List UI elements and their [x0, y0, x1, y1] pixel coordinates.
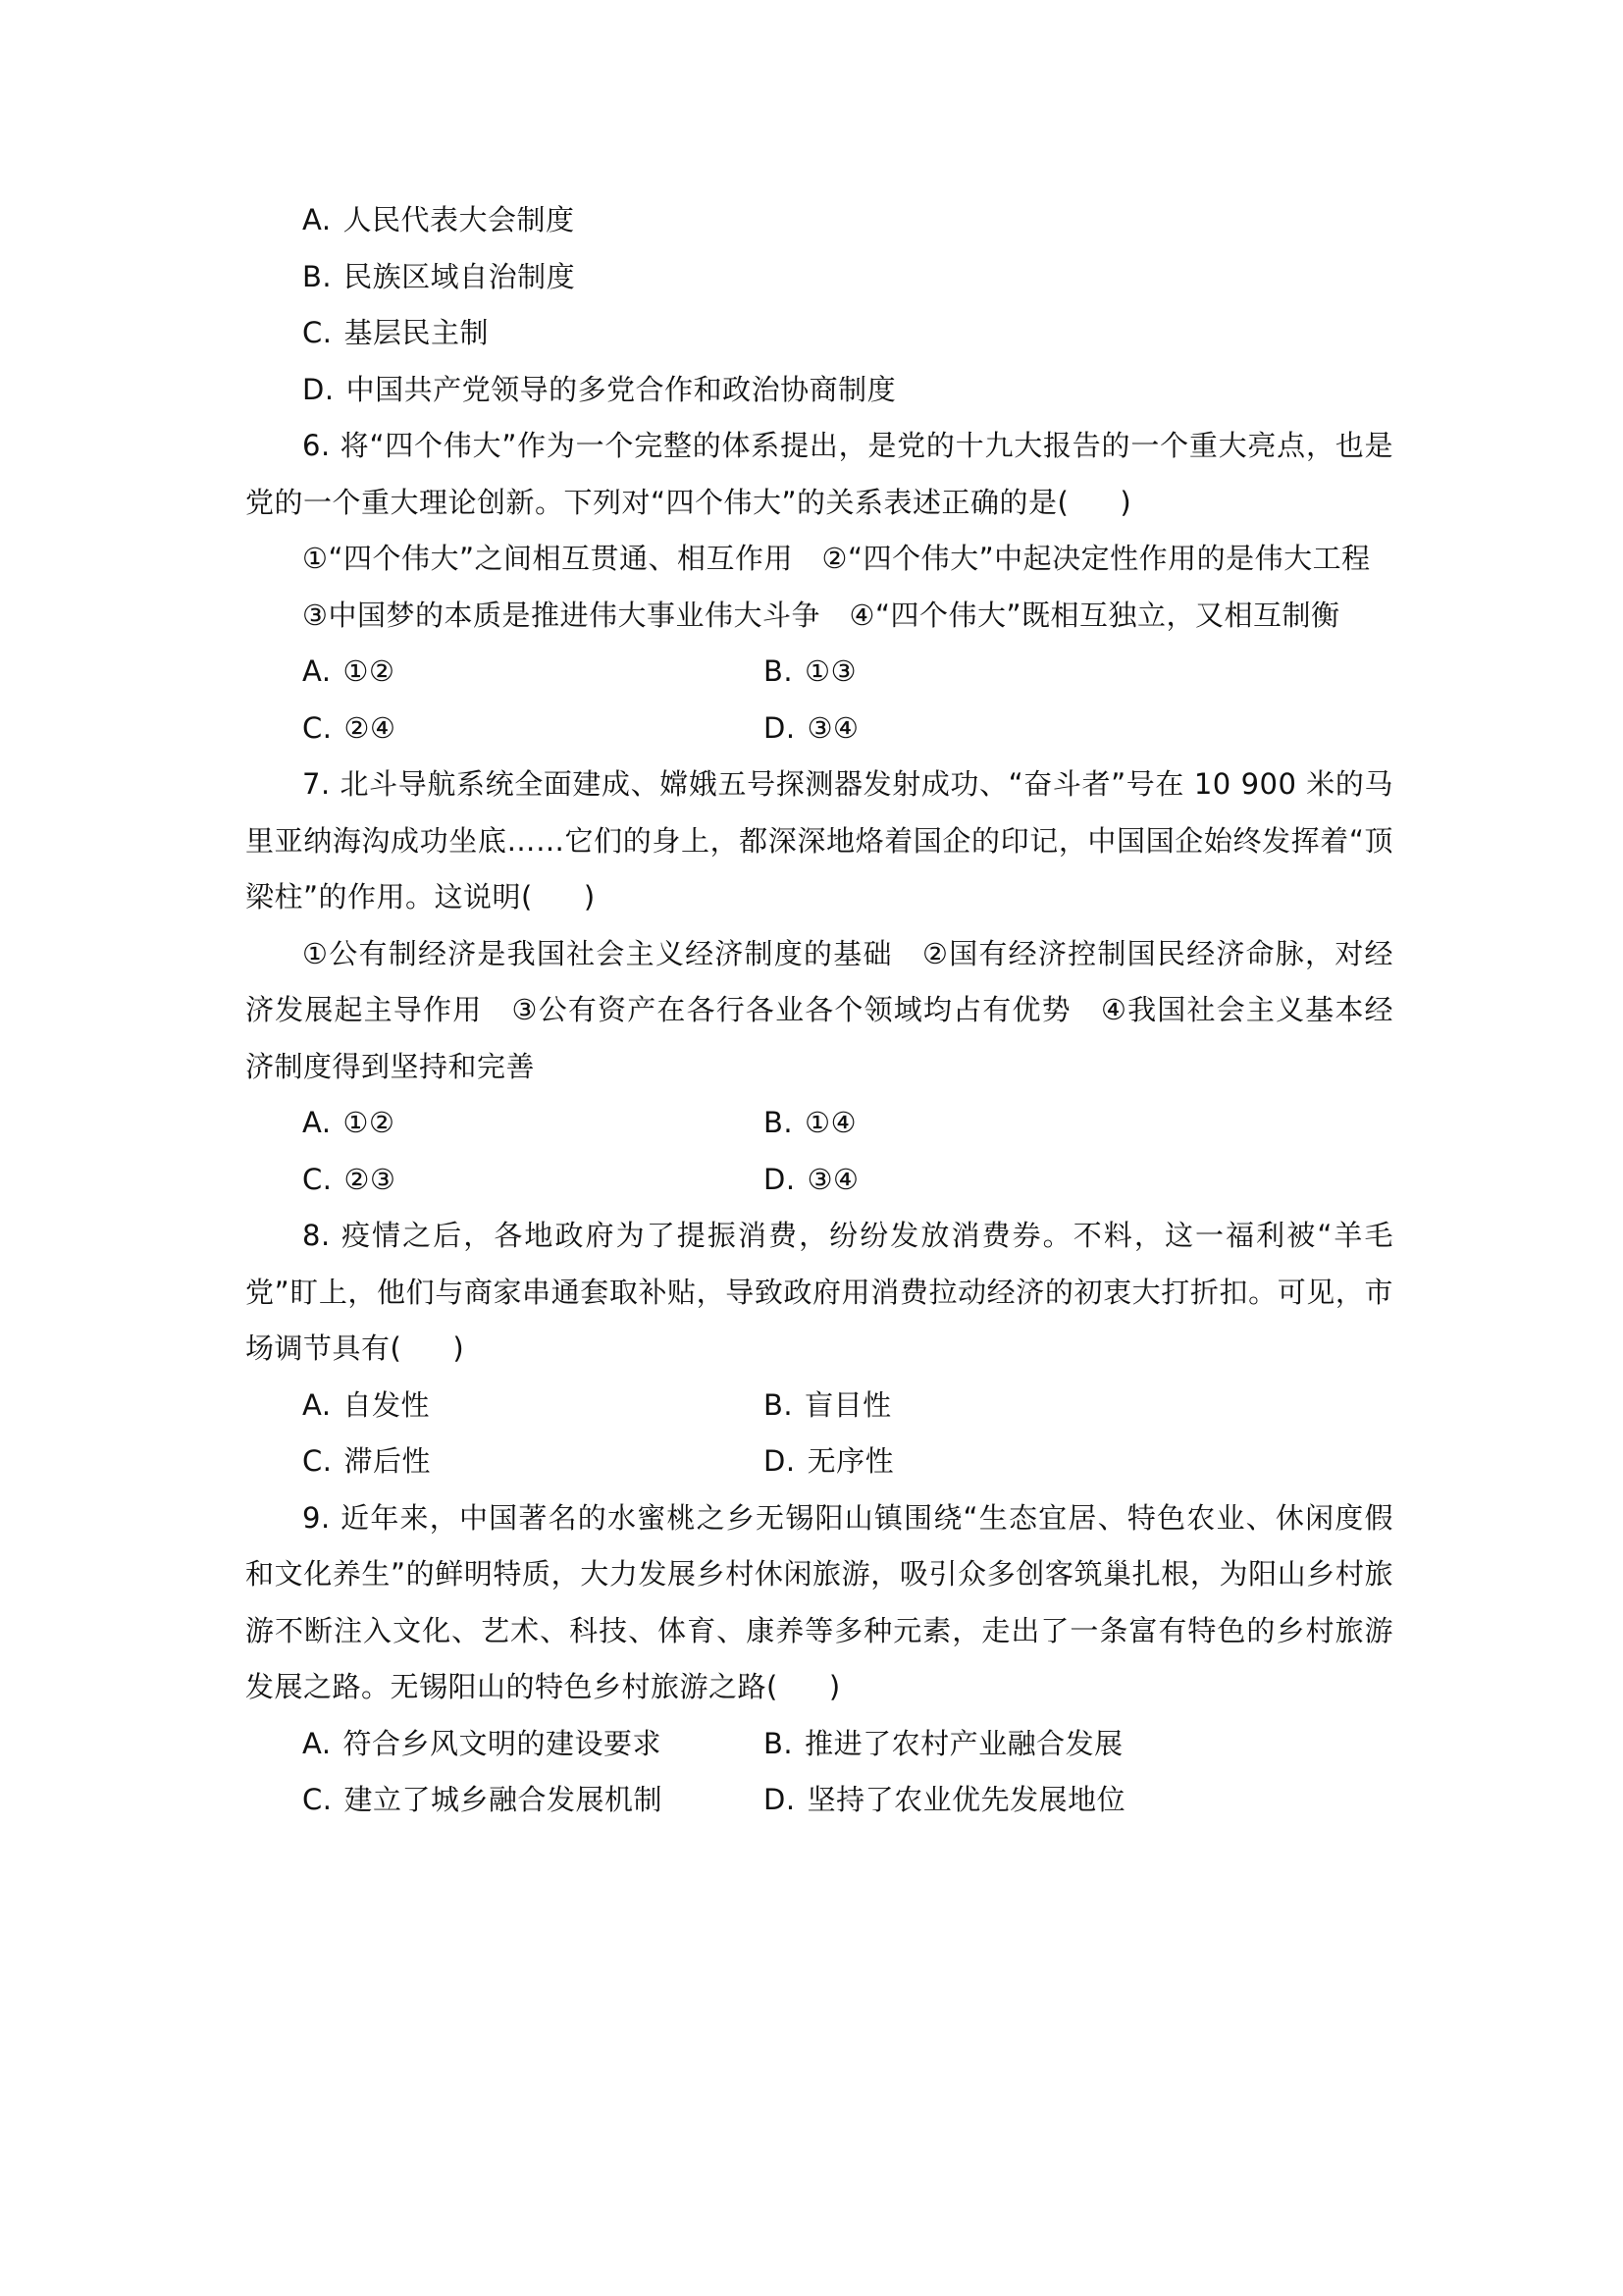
option-letter: D. — [763, 1444, 796, 1478]
question-stem: 7. 北斗导航系统全面建成、嫦娥五号探测器发射成功、“奋斗者”号在 10 900… — [245, 757, 1393, 926]
option-letter: D. — [763, 1163, 796, 1196]
stem-end: ) — [1120, 486, 1131, 519]
option-text: 建立了城乡融合发展机制 — [343, 1783, 662, 1816]
option-b: B.推进了农村产业融合发展 — [763, 1716, 1124, 1773]
statements-2: ③中国梦的本质是推进伟大事业伟大斗争 ④“四个伟大”既相互独立，又相互制衡 — [245, 588, 1393, 645]
options-row-1: A.自发性 B.盲目性 — [245, 1378, 1393, 1435]
option-text: 推进了农村产业融合发展 — [805, 1727, 1124, 1760]
option-a: A.自发性 — [302, 1378, 763, 1435]
question-9: 9. 近年来，中国著名的水蜜桃之乡无锡阳山镇围绕“生态宜居、特色农业、休闲度假和… — [245, 1490, 1393, 1829]
question-7: 7. 北斗导航系统全面建成、嫦娥五号探测器发射成功、“奋斗者”号在 10 900… — [245, 757, 1393, 1208]
option-a: A.符合乡风文明的建设要求 — [302, 1716, 763, 1773]
option-c: C.基层民主制 — [245, 305, 1393, 362]
stem-end: ) — [829, 1670, 841, 1703]
option-letter: A. — [302, 1727, 332, 1760]
option-text: 滞后性 — [343, 1444, 431, 1478]
question-text: 将“四个伟大”作为一个完整的体系提出，是党的十九大报告的一个重大亮点，也是党的一… — [245, 429, 1393, 519]
question-8: 8. 疫情之后，各地政府为了提振消费，纷纷发放消费券。不料，这一福利被“羊毛党”… — [245, 1208, 1393, 1490]
option-letter: A. — [302, 1388, 332, 1422]
question-5-options: A.人民代表大会制度 B.民族区域自治制度 C.基层民主制 D.中国共产党领导的… — [245, 192, 1393, 418]
question-6: 6. 将“四个伟大”作为一个完整的体系提出，是党的十九大报告的一个重大亮点，也是… — [245, 418, 1393, 757]
option-text: ③④ — [808, 711, 860, 745]
option-text: 坚持了农业优先发展地位 — [808, 1783, 1126, 1816]
option-text: 中国共产党领导的多党合作和政治协商制度 — [346, 373, 897, 406]
option-d: D.坚持了农业优先发展地位 — [763, 1772, 1126, 1829]
exam-page: A.人民代表大会制度 B.民族区域自治制度 C.基层民主制 D.中国共产党领导的… — [0, 0, 1623, 2296]
option-b: B.①③ — [763, 644, 857, 701]
options-row-2: C.②③ D.③④ — [245, 1152, 1393, 1209]
stem-end: ) — [452, 1331, 464, 1365]
option-letter: A. — [302, 203, 332, 236]
option-text: 基层民主制 — [343, 316, 489, 349]
option-letter: B. — [302, 260, 332, 293]
options-row-1: A.符合乡风文明的建设要求 B.推进了农村产业融合发展 — [245, 1716, 1393, 1773]
option-letter: D. — [302, 373, 335, 406]
option-letter: C. — [302, 711, 332, 745]
options-row-2: C.滞后性 D.无序性 — [245, 1434, 1393, 1490]
option-b: B.①④ — [763, 1095, 857, 1152]
exam-content: A.人民代表大会制度 B.民族区域自治制度 C.基层民主制 D.中国共产党领导的… — [245, 192, 1393, 1829]
option-letter: D. — [763, 711, 796, 745]
option-letter: B. — [763, 654, 793, 688]
options-row-2: C.建立了城乡融合发展机制 D.坚持了农业优先发展地位 — [245, 1772, 1393, 1829]
option-text: ②④ — [343, 711, 395, 745]
question-text: 近年来，中国著名的水蜜桃之乡无锡阳山镇围绕“生态宜居、特色农业、休闲度假和文化养… — [245, 1501, 1393, 1704]
option-text: ③④ — [808, 1163, 860, 1196]
option-text: 自发性 — [343, 1388, 431, 1422]
question-number: 6. — [302, 429, 331, 462]
question-number: 8. — [302, 1219, 331, 1252]
statements-1: ①“四个伟大”之间相互贯通、相互作用 ②“四个伟大”中起决定性作用的是伟大工程 — [245, 531, 1393, 588]
question-stem: 9. 近年来，中国著名的水蜜桃之乡无锡阳山镇围绕“生态宜居、特色农业、休闲度假和… — [245, 1490, 1393, 1716]
option-c: C.滞后性 — [302, 1434, 763, 1490]
option-a: A.①② — [302, 644, 763, 701]
options-row-1: A.①② B.①③ — [245, 644, 1393, 701]
option-letter: C. — [302, 1444, 332, 1478]
option-d: D.③④ — [763, 701, 860, 757]
option-letter: A. — [302, 1106, 332, 1139]
statements: ①公有制经济是我国社会主义经济制度的基础 ②国有经济控制国民经济命脉，对经济发展… — [245, 926, 1393, 1096]
option-a: A.人民代表大会制度 — [245, 192, 1393, 249]
option-text: ①② — [343, 654, 395, 688]
question-stem: 8. 疫情之后，各地政府为了提振消费，纷纷发放消费券。不料，这一福利被“羊毛党”… — [245, 1208, 1393, 1378]
option-letter: C. — [302, 1163, 332, 1196]
option-letter: A. — [302, 654, 332, 688]
option-text: ①③ — [805, 654, 857, 688]
option-text: ①④ — [805, 1106, 857, 1139]
option-c: C.②④ — [302, 701, 763, 757]
question-number: 9. — [302, 1501, 331, 1535]
option-a: A.①② — [302, 1095, 763, 1152]
question-text: 疫情之后，各地政府为了提振消费，纷纷发放消费券。不料，这一福利被“羊毛党”盯上，… — [245, 1219, 1393, 1365]
options-row-1: A.①② B.①④ — [245, 1095, 1393, 1152]
option-text: 无序性 — [808, 1444, 895, 1478]
option-text: 盲目性 — [805, 1388, 892, 1422]
option-b: B.民族区域自治制度 — [245, 249, 1393, 306]
option-d: D.中国共产党领导的多党合作和政治协商制度 — [245, 362, 1393, 419]
option-text: 民族区域自治制度 — [343, 260, 575, 293]
option-c: C.②③ — [302, 1152, 763, 1209]
option-text: ②③ — [343, 1163, 395, 1196]
options-row-2: C.②④ D.③④ — [245, 701, 1393, 757]
option-letter: B. — [763, 1388, 793, 1422]
option-letter: D. — [763, 1783, 796, 1816]
option-d: D.无序性 — [763, 1434, 894, 1490]
question-stem: 6. 将“四个伟大”作为一个完整的体系提出，是党的十九大报告的一个重大亮点，也是… — [245, 418, 1393, 531]
question-text: 北斗导航系统全面建成、嫦娥五号探测器发射成功、“奋斗者”号在 10 900 米的… — [245, 767, 1393, 913]
option-c: C.建立了城乡融合发展机制 — [302, 1772, 763, 1829]
option-text: ①② — [343, 1106, 395, 1139]
option-letter: C. — [302, 316, 332, 349]
option-b: B.盲目性 — [763, 1378, 892, 1435]
option-letter: B. — [763, 1727, 793, 1760]
option-d: D.③④ — [763, 1152, 860, 1209]
option-letter: C. — [302, 1783, 332, 1816]
option-text: 人民代表大会制度 — [343, 203, 575, 236]
stem-end: ) — [584, 880, 596, 913]
option-text: 符合乡风文明的建设要求 — [343, 1727, 662, 1760]
option-letter: B. — [763, 1106, 793, 1139]
question-number: 7. — [302, 767, 331, 801]
